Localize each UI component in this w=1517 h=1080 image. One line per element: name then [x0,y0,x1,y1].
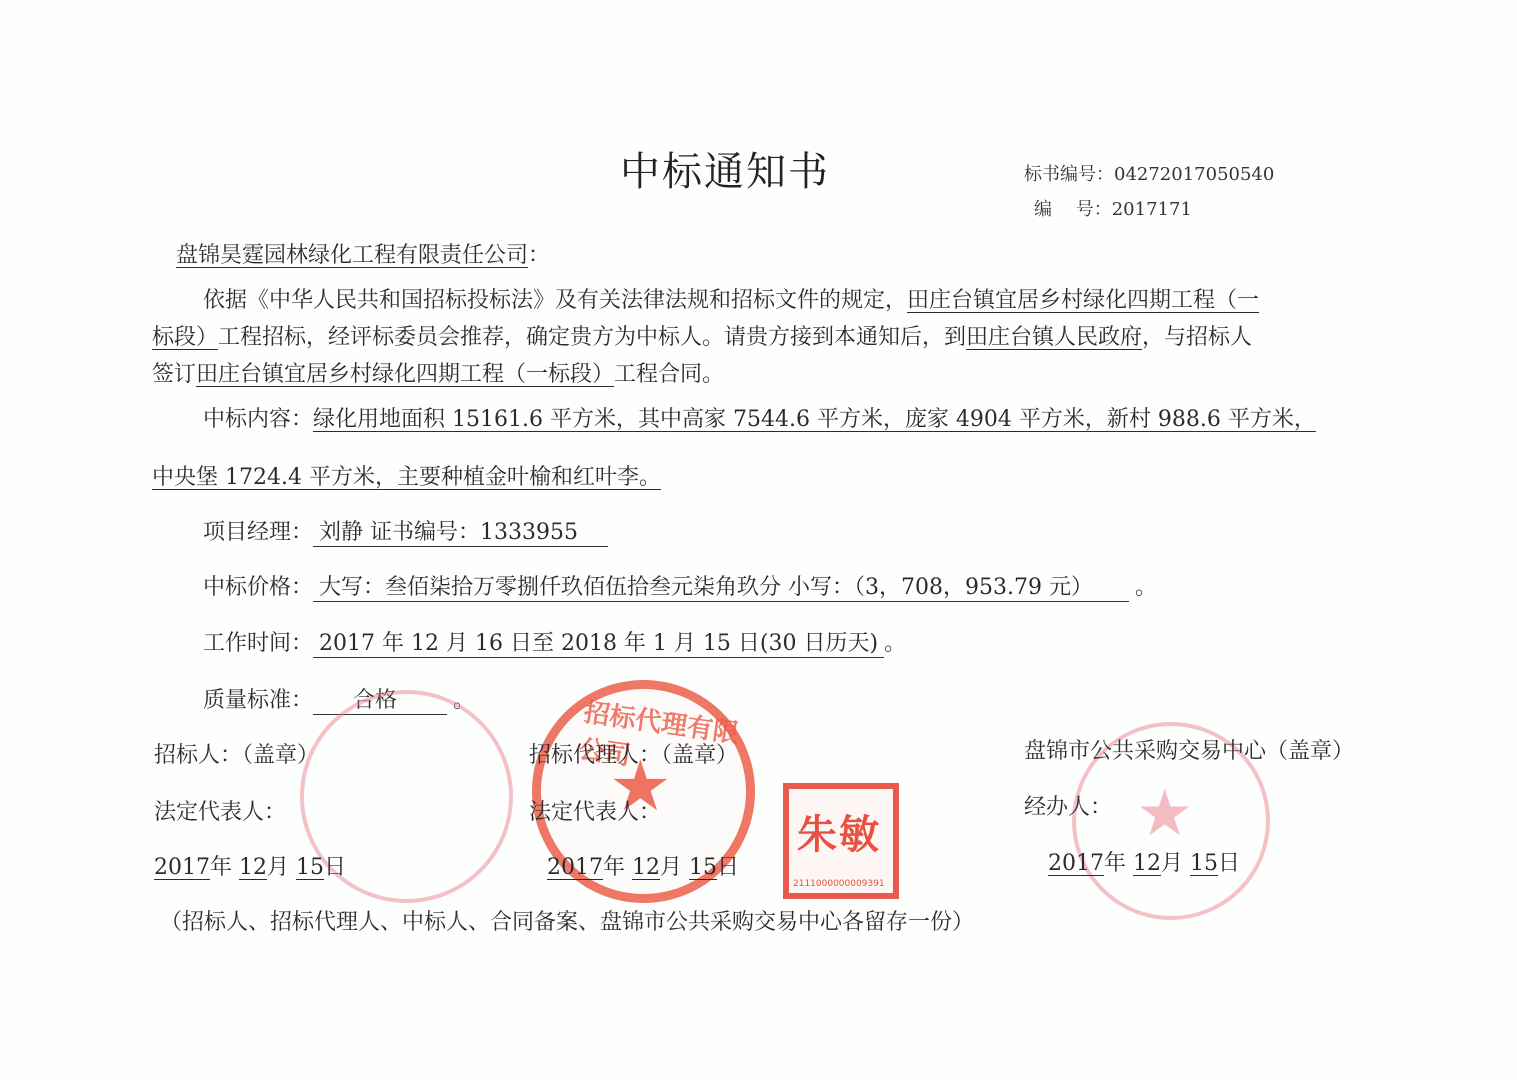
project-name-full: 田庄台镇宜居乡村绿化四期工程（一标段） [196,362,614,387]
quality-label: 质量标准： [203,688,313,713]
recipient-line: 盘锦昊霆园林绿化工程有限责任公司： [176,238,550,269]
award-text: 工程招标，经评标委员会推荐，确定贵方为中标人。请贵方接到本通知后，到 [218,325,966,350]
recipient-colon: ： [528,243,550,268]
legal-basis-text: 依据《中华人民共和国招标投标法》及有关法律法规和招标文件的规定， [203,288,907,313]
work-time-row: 工作时间：2017 年 12 月 16 日至 2018 年 1 月 15 日(3… [203,626,906,658]
serial-number-label: 编 号： [1034,199,1112,220]
document-title: 中标通知书 [620,140,830,197]
tenderer-date: 2017年 12月 15日 [154,850,346,881]
price-end: 。 [1135,575,1157,600]
trading-center-label: 盘锦市公共采购交易中心（盖章） [1024,734,1354,765]
date-month: 12 [632,855,660,880]
work-time-value: 2017 年 12 月 16 日至 2018 年 1 月 15 日(30 日历天… [313,631,884,658]
price-row: 中标价格：大写：叁佰柒拾万零捌仟玖佰伍拾叁元柒角玖分 小写：（3，708，953… [203,570,1157,602]
day-unit: 日 [324,855,346,880]
trading-center-date: 2017年 12月 15日 [1048,846,1240,877]
serial-number-row: 编 号：2017171 [1034,195,1192,221]
quality-row: 质量标准：合格。 [203,683,475,715]
seal-star-icon: ★ [1136,782,1193,846]
paragraph1-line1: 依据《中华人民共和国招标投标法》及有关法律法规和招标文件的规定，田庄台镇宜居乡村… [203,283,1259,314]
agent-rep-label: 法定代表人： [529,795,661,826]
personal-seal-number: 2111000000009391 [793,879,885,889]
year-unit: 年 [603,855,625,880]
tender-number-value: 04272017050540 [1114,164,1274,185]
contract-location: 田庄台镇人民政府 [966,325,1142,350]
date-day: 15 [689,855,717,880]
project-name-part1: 田庄台镇宜居乡村绿化四期工程（一 [907,288,1259,313]
content-line2: 中央堡 1724.4 平方米，主要种植金叶榆和红叶李。 [152,460,661,491]
content-label: 中标内容： [203,407,313,432]
content-value-1: 绿化用地面积 15161.6 平方米，其中高家 7544.6 平方米，庞家 49… [313,407,1316,432]
tender-number-row: 标书编号：04272017050540 [1024,160,1274,186]
content-line1: 中标内容：绿化用地面积 15161.6 平方米，其中高家 7544.6 平方米，… [203,402,1316,433]
work-time-end: 。 [884,631,906,656]
month-unit: 月 [267,855,289,880]
personal-seal-name: 朱敏 [797,803,881,860]
personal-seal: 朱敏 2111000000009391 [783,783,899,899]
date-month: 12 [239,855,267,880]
serial-number-value: 2017171 [1112,199,1192,220]
tender-number-label: 标书编号： [1024,164,1114,185]
contract-text: 工程合同。 [614,362,724,387]
date-day: 15 [1190,851,1218,876]
agent-date: 2017年 12月 15日 [547,850,739,881]
award-text-end: ，与招标人 [1142,325,1252,350]
quality-end: 。 [453,688,475,713]
manager-label: 项目经理： [203,520,313,545]
date-day: 15 [296,855,324,880]
tenderer-label: 招标人：（盖章） [154,738,319,769]
work-time-label: 工作时间： [203,631,313,656]
handler-label: 经办人： [1024,790,1112,821]
manager-value: 刘静 证书编号：1333955 [313,520,608,547]
date-year: 2017 [547,855,603,880]
quality-value: 合格 [313,688,447,715]
date-year: 2017 [154,855,210,880]
content-value-2: 中央堡 1724.4 平方米，主要种植金叶榆和红叶李。 [152,465,661,490]
year-unit: 年 [1104,851,1126,876]
price-label: 中标价格： [203,575,313,600]
date-month: 12 [1133,851,1161,876]
month-unit: 月 [660,855,682,880]
month-unit: 月 [1161,851,1183,876]
agent-label: 招标代理人：（盖章） [529,738,738,769]
footer-note: （招标人、招标代理人、中标人、合同备案、盘锦市公共采购交易中心各留存一份） [160,905,974,936]
price-value: 大写：叁佰柒拾万零捌仟玖佰伍拾叁元柒角玖分 小写：（3，708，953.79 元… [313,575,1129,602]
manager-row: 项目经理：刘静 证书编号：1333955 [203,515,608,547]
year-unit: 年 [210,855,232,880]
date-year: 2017 [1048,851,1104,876]
sign-text: 签订 [152,362,196,387]
paragraph1-line3: 签订田庄台镇宜居乡村绿化四期工程（一标段）工程合同。 [152,357,724,388]
project-name-part2: 标段） [152,325,218,350]
paragraph1-line2: 标段）工程招标，经评标委员会推荐，确定贵方为中标人。请贵方接到本通知后，到田庄台… [152,320,1252,351]
recipient-company: 盘锦昊霆园林绿化工程有限责任公司 [176,243,528,268]
day-unit: 日 [717,855,739,880]
tenderer-rep-label: 法定代表人： [154,795,286,826]
day-unit: 日 [1218,851,1240,876]
